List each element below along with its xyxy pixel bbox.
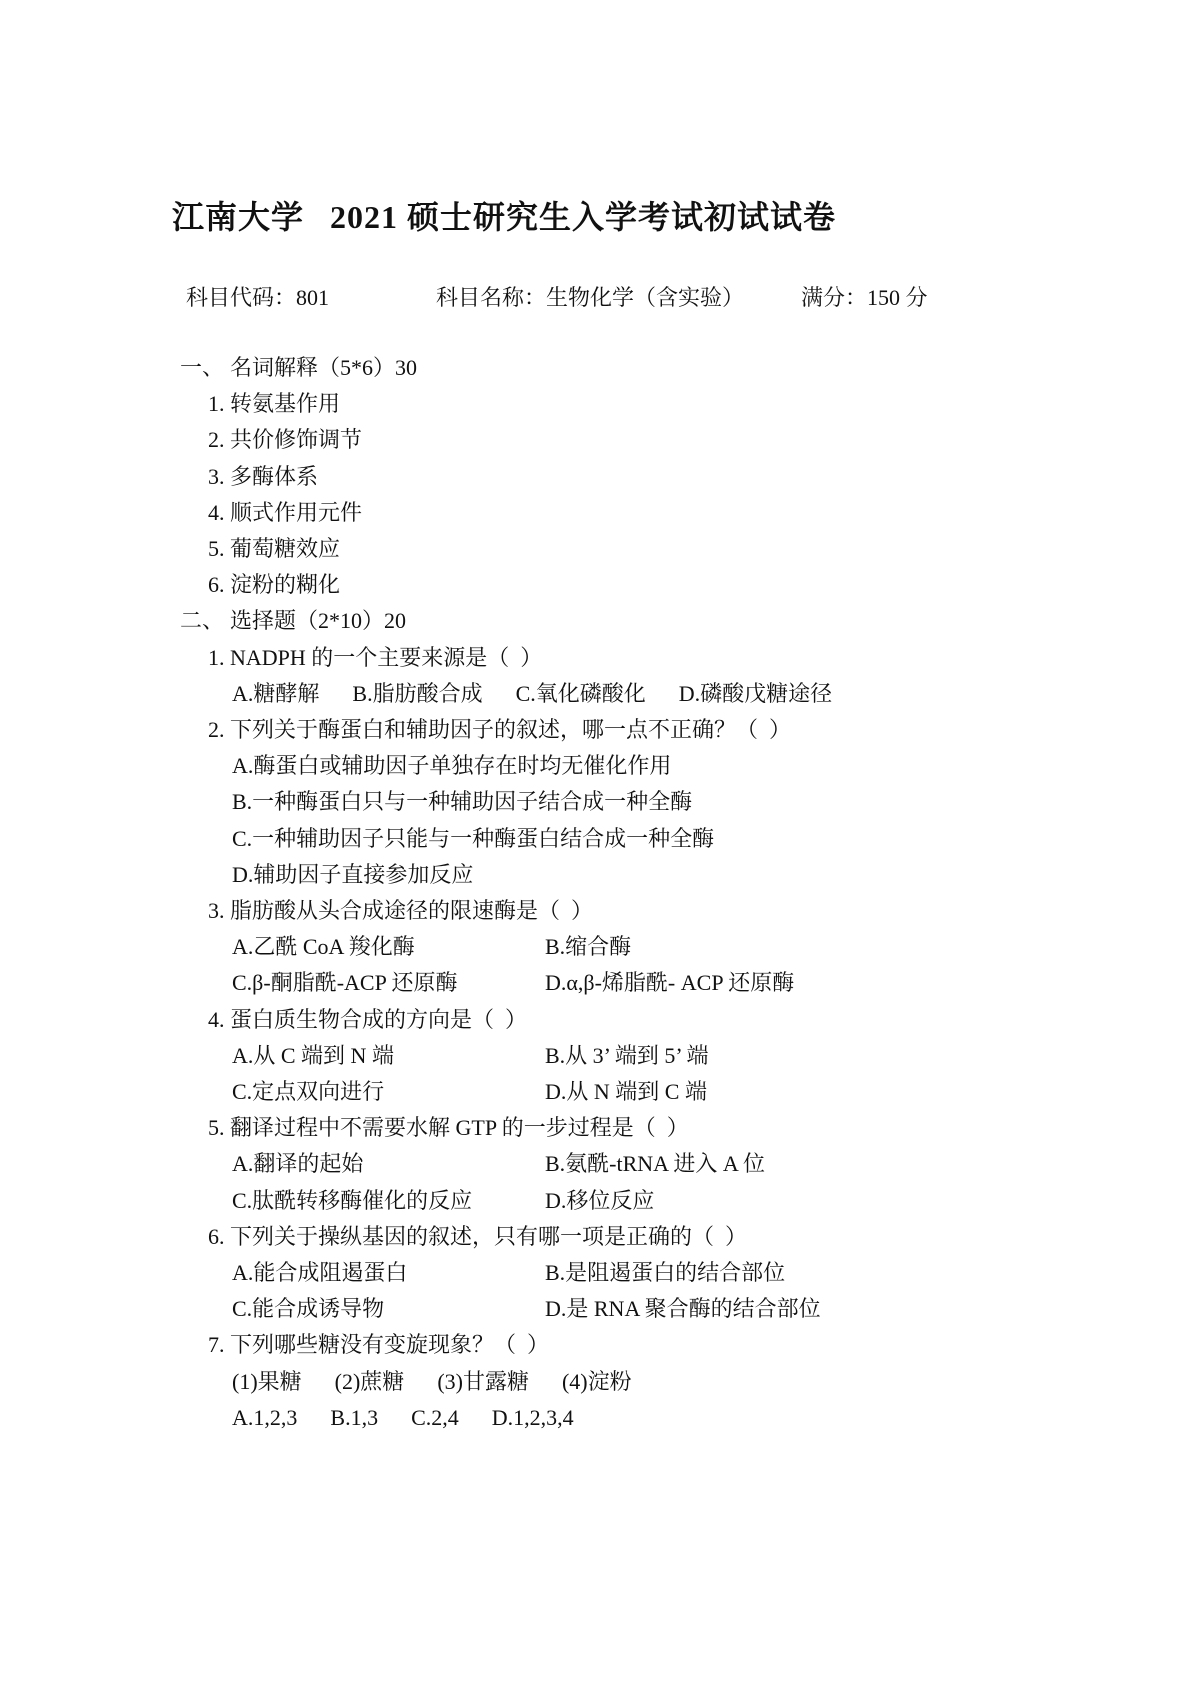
text-segment: A.能合成阻遏蛋白 [232,1255,545,1291]
term-4: 4. 顺式作用元件 [208,495,1190,531]
text-segment: A.糖酵解 [232,676,319,712]
text-segment: 5. 葡萄糖效应 [208,531,340,567]
subject-name: 科目名称：生物化学（含实验） [436,283,801,313]
question-3-options-row-2: C.β-酮脂酰-ACP 还原酶D.α,β-烯脂酰- ACP 还原酶 [232,965,1190,1001]
question-2-option-d: D.辅助因子直接参加反应 [232,857,1190,893]
document-body: 一、名词解释（5*6）301. 转氨基作用2. 共价修饰调节3. 多酶体系4. … [170,350,1190,1436]
text-segment: A.翻译的起始 [232,1146,545,1182]
text-segment: B.氨酰-tRNA 进入 A 位 [545,1146,765,1182]
question-5-options-row-1: A.翻译的起始B.氨酰-tRNA 进入 A 位 [232,1146,1190,1182]
text-segment: (1)果糖 [232,1364,302,1400]
term-1: 1. 转氨基作用 [208,386,1190,422]
term-2: 2. 共价修饰调节 [208,422,1190,458]
text-segment: A.乙酰 CoA 羧化酶 [232,929,545,965]
text-segment: C.氧化磷酸化 [516,676,646,712]
text-segment: 选择题（2*10）20 [230,603,406,639]
text-segment: 4. 顺式作用元件 [208,495,362,531]
text-segment: C.一种辅助因子只能与一种酶蛋白结合成一种全酶 [232,821,714,857]
text-segment: D.辅助因子直接参加反应 [232,857,473,893]
question-4-options-row-2: C.定点双向进行D.从 N 端到 C 端 [232,1074,1190,1110]
subject-info-line: 科目代码：801科目名称：生物化学（含实验）满分：150 分 [186,283,1190,313]
question-3: 3. 脂肪酸从头合成途径的限速酶是（ ） [208,893,1190,929]
text-segment: B.缩合酶 [545,929,631,965]
text-segment: 6. 淀粉的糊化 [208,567,340,603]
text-segment: D.1,2,3,4 [492,1400,574,1436]
text-segment: 3. 多酶体系 [208,459,318,495]
text-segment: 名词解释（5*6）30 [230,350,417,386]
text-segment: 2. 共价修饰调节 [208,422,362,458]
text-segment: B.从 3’ 端到 5’ 端 [545,1038,709,1074]
text-segment: D.移位反应 [545,1183,654,1219]
question-4-options-row-1: A.从 C 端到 N 端B.从 3’ 端到 5’ 端 [232,1038,1190,1074]
section-2-heading: 二、选择题（2*10）20 [180,603,1190,639]
question-2-option-c: C.一种辅助因子只能与一种酶蛋白结合成一种全酶 [232,821,1190,857]
text-segment: 5. 翻译过程中不需要水解 GTP 的一步过程是（ ） [208,1110,689,1146]
text-segment: (3)甘露糖 [437,1364,529,1400]
question-6: 6. 下列关于操纵基因的叙述，只有哪一项是正确的（ ） [208,1219,1190,1255]
text-segment: 7. 下列哪些糖没有变旋现象？（ ） [208,1327,549,1363]
term-6: 6. 淀粉的糊化 [208,567,1190,603]
term-5: 5. 葡萄糖效应 [208,531,1190,567]
text-segment: (2)蔗糖 [335,1364,405,1400]
question-7: 7. 下列哪些糖没有变旋现象？（ ） [208,1327,1190,1363]
question-1: 1. NADPH 的一个主要来源是（ ） [208,640,1190,676]
text-segment: B.一种酶蛋白只与一种辅助因子结合成一种全酶 [232,784,692,820]
question-7-options: A.1,2,3B.1,3C.2,4D.1,2,3,4 [232,1400,1190,1436]
text-segment: 二、 [180,603,230,639]
text-segment: D.α,β-烯脂酰- ACP 还原酶 [545,965,794,1001]
question-3-options-row-1: A.乙酰 CoA 羧化酶B.缩合酶 [232,929,1190,965]
text-segment: 6. 下列关于操纵基因的叙述，只有哪一项是正确的（ ） [208,1219,747,1255]
text-segment: D.磷酸戊糖途径 [679,676,832,712]
subject-code: 科目代码：801 [186,283,436,313]
question-5: 5. 翻译过程中不需要水解 GTP 的一步过程是（ ） [208,1110,1190,1146]
text-segment: C.2,4 [411,1400,459,1436]
text-segment: C.β-酮脂酰-ACP 还原酶 [232,965,545,1001]
question-2: 2. 下列关于酶蛋白和辅助因子的叙述，哪一点不正确？（ ） [208,712,1190,748]
text-segment: A.从 C 端到 N 端 [232,1038,545,1074]
exam-title-text: 2021 硕士研究生入学考试初试试卷 [330,199,836,235]
question-1-options: A.糖酵解B.脂肪酸合成C.氧化磷酸化D.磷酸戊糖途径 [232,676,1190,712]
text-segment: 一、 [180,350,230,386]
text-segment: D.从 N 端到 C 端 [545,1074,707,1110]
text-segment: B.脂肪酸合成 [352,676,482,712]
exam-title: 江南大学2021 硕士研究生入学考试初试试卷 [0,0,1190,237]
text-segment: D.是 RNA 聚合酶的结合部位 [545,1291,821,1327]
text-segment: C.定点双向进行 [232,1074,545,1110]
text-segment: B.是阻遏蛋白的结合部位 [545,1255,785,1291]
text-segment: C.肽酰转移酶催化的反应 [232,1183,545,1219]
exam-title-school: 江南大学 [172,199,304,235]
text-segment: 1. 转氨基作用 [208,386,340,422]
section-1-heading: 一、名词解释（5*6）30 [180,350,1190,386]
text-segment: 3. 脂肪酸从头合成途径的限速酶是（ ） [208,893,593,929]
question-2-option-b: B.一种酶蛋白只与一种辅助因子结合成一种全酶 [232,784,1190,820]
text-segment: (4)淀粉 [562,1364,632,1400]
question-7-sub-items: (1)果糖(2)蔗糖(3)甘露糖(4)淀粉 [232,1364,1190,1400]
text-segment: B.1,3 [330,1400,378,1436]
text-segment: 2. 下列关于酶蛋白和辅助因子的叙述，哪一点不正确？（ ） [208,712,791,748]
question-6-options-row-1: A.能合成阻遏蛋白B.是阻遏蛋白的结合部位 [232,1255,1190,1291]
text-segment: 1. NADPH 的一个主要来源是（ ） [208,640,542,676]
text-segment: A.1,2,3 [232,1400,297,1436]
full-score: 满分：150 分 [801,285,928,310]
term-3: 3. 多酶体系 [208,459,1190,495]
question-2-option-a: A.酶蛋白或辅助因子单独存在时均无催化作用 [232,748,1190,784]
question-6-options-row-2: C.能合成诱导物D.是 RNA 聚合酶的结合部位 [232,1291,1190,1327]
exam-page: 江南大学2021 硕士研究生入学考试初试试卷 科目代码：801科目名称：生物化学… [0,0,1190,1683]
text-segment: C.能合成诱导物 [232,1291,545,1327]
text-segment: 4. 蛋白质生物合成的方向是（ ） [208,1002,527,1038]
question-5-options-row-2: C.肽酰转移酶催化的反应D.移位反应 [232,1183,1190,1219]
question-4: 4. 蛋白质生物合成的方向是（ ） [208,1002,1190,1038]
text-segment: A.酶蛋白或辅助因子单独存在时均无催化作用 [232,748,671,784]
